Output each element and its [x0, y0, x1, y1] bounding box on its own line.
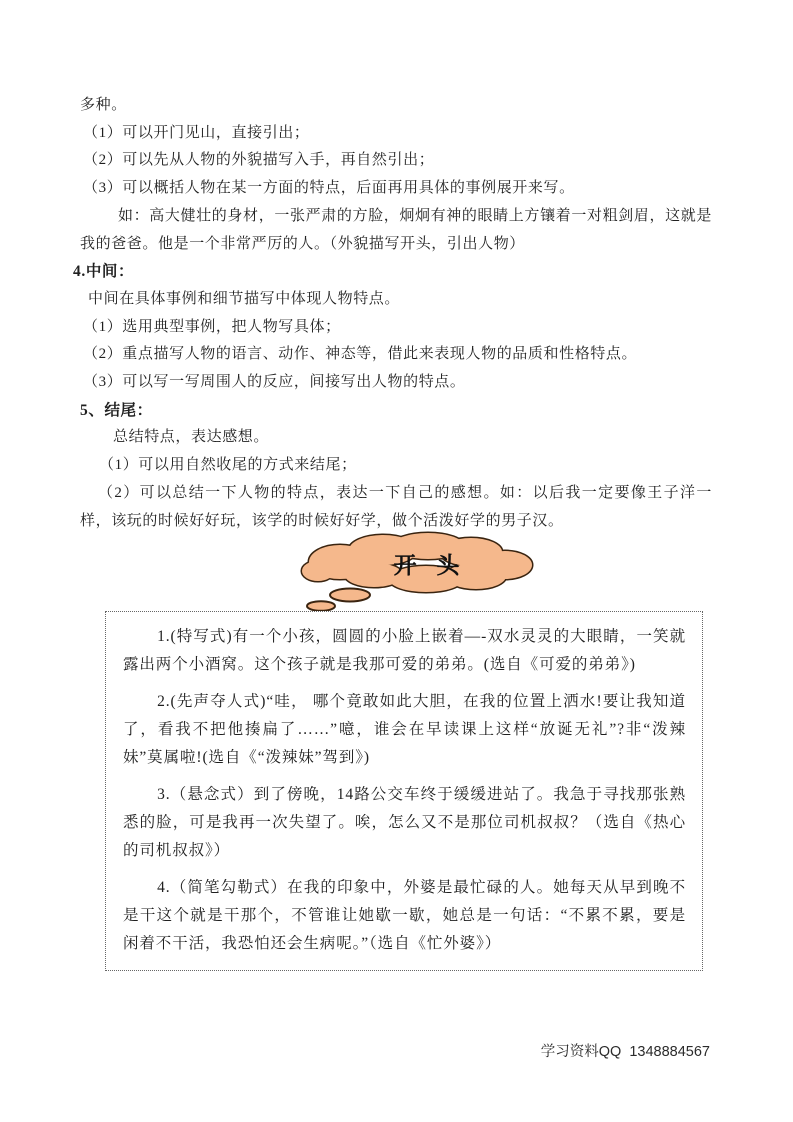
page-footer: 学习资料QQ 1348884567: [541, 1040, 710, 1061]
example-item: 2.(先声夺人式)“哇， 哪个竟敢如此大胆，在我的位置上洒水!要让我知道了，看我…: [123, 688, 686, 772]
body-line: （3）可以概括人物在某一方面的特点，后面再用具体的事例展开来写。: [80, 175, 712, 203]
section-heading-ending: 5、结尾：: [80, 397, 712, 425]
body-line: （1）可以用自然收尾的方式来结尾；: [80, 452, 712, 480]
body-line: 总结特点，表达感想。: [80, 424, 712, 452]
example-item: 3.（悬念式）到了傍晚，14路公交车终于缓缓进站了。我急于寻找那张熟悉的脸，可是…: [123, 781, 686, 865]
body-line: （3）可以写一写周围人的反应，间接写出人物的特点。: [80, 369, 712, 397]
example-item: 4.（简笔勾勒式）在我的印象中，外婆是最忙碌的人。她每天从早到晚不是干这个就是干…: [123, 874, 686, 958]
section-heading-middle: 4.中间：: [73, 258, 712, 286]
body-line: （2）可以总结一下人物的特点，表达一下自己的感想。如：以后我一定要像王子洋一样，…: [80, 480, 712, 535]
body-line: （1）选用典型事例，把人物写具体；: [80, 314, 712, 342]
cloud-label: 开 头: [394, 553, 467, 578]
body-line: （2）可以先从人物的外貌描写入手，再自然引出；: [80, 147, 712, 175]
document-body: 多种。 （1）可以开门见山，直接引出； （2）可以先从人物的外貌描写入手，再自然…: [80, 92, 712, 971]
body-line: （2）重点描写人物的语言、动作、神态等，借此来表现人物的品质和性格特点。: [80, 341, 712, 369]
thought-cloud-graphic: 开 头: [288, 529, 558, 611]
body-line: 中间在具体事例和细节描写中体现人物特点。: [80, 286, 712, 314]
thought-trail-bubbles: [307, 589, 370, 611]
example-item: 1.(特写式)有一个小孩，圆圆的小脸上嵌着—-双水灵灵的大眼睛，一笑就露出两个小…: [123, 623, 686, 679]
examples-box: 1.(特写式)有一个小孩，圆圆的小脸上嵌着—-双水灵灵的大眼睛，一笑就露出两个小…: [105, 611, 703, 971]
body-example-paragraph: 如：高大健壮的身材，一张严肃的方脸，炯炯有神的眼睛上方镶着一对粗剑眉，这就是我的…: [80, 203, 712, 258]
thought-cloud: 开 头: [288, 529, 558, 611]
body-line: 多种。: [80, 92, 712, 120]
document-page: 多种。 （1）可以开门见山，直接引出； （2）可以先从人物的外貌描写入手，再自然…: [0, 0, 793, 1122]
body-line: （1）可以开门见山，直接引出；: [80, 120, 712, 148]
